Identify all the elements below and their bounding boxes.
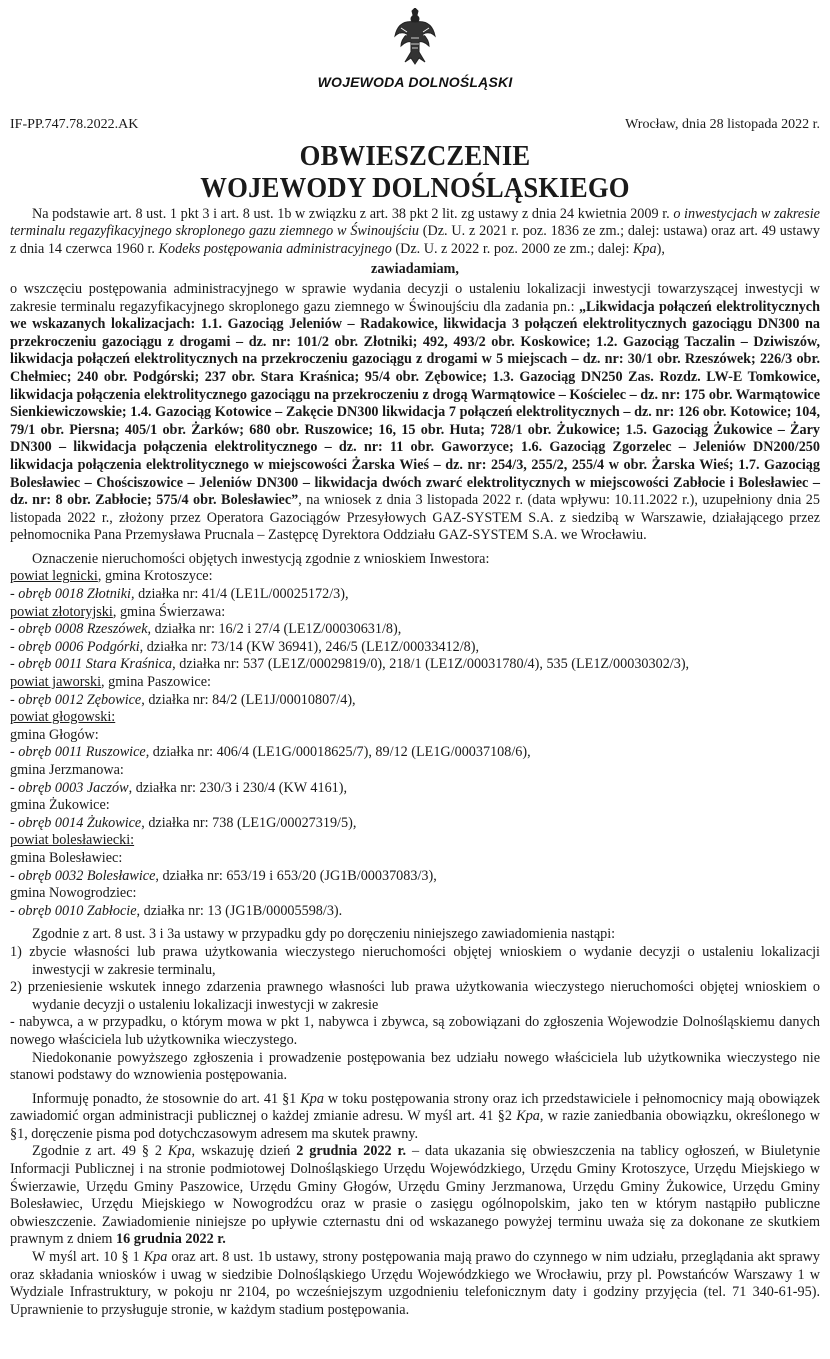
plot-line: - obręb 0008 Rzeszówek, działka nr: 16/2… [10, 621, 820, 639]
plot-line: - obręb 0010 Zabłocie, działka nr: 13 (J… [10, 903, 820, 921]
powiat-name: powiat jaworski [10, 674, 101, 690]
powiat-name: powiat legnicki [10, 568, 98, 584]
polish-eagle-emblem-icon [393, 8, 437, 66]
gmina-line: gmina Nowogrodziec: [10, 885, 820, 903]
plot-details: , działka nr: 13 (JG1B/00005598/3). [137, 903, 343, 919]
plot-details: , działka nr: 537 (LE1Z/00029819/0), 218… [172, 656, 689, 672]
text: Informuję ponadto, że stosownie do art. … [32, 1091, 300, 1107]
properties-intro: Oznaczenie nieruchomości objętych inwest… [10, 551, 820, 569]
gmina-line: gmina Bolesławiec: [10, 850, 820, 868]
powiat-name: powiat złotoryjski [10, 604, 113, 620]
plot-details: , działka nr: 73/14 (KW 36941), 246/5 (L… [140, 639, 479, 655]
plot-line: - obręb 0018 Złotniki, działka nr: 41/4 … [10, 586, 820, 604]
document-title: OBWIESZCZENIE WOJEWODY DOLNOŚLĄSKIEGO [42, 140, 787, 204]
powiat-line: powiat jaworski, gmina Paszowice: [10, 674, 820, 692]
kpa-abbrev: Kpa [633, 241, 657, 257]
precinct-name: obręb 0006 Podgórki [18, 639, 139, 655]
plot-details: , działka nr: 653/19 i 653/20 (JG1B/0003… [155, 868, 436, 884]
powiat-line: powiat bolesławiecki: [10, 832, 820, 850]
organization-name: WOJEWODA DOLNOŚLĄSKI [10, 74, 820, 92]
letterhead: WOJEWODA DOLNOŚLĄSKI [10, 0, 820, 106]
plot-details: , działka nr: 406/4 (LE1G/00018625/7), 8… [146, 744, 531, 760]
precinct-name: obręb 0008 Rzeszówek [18, 621, 147, 637]
powiat-name: powiat bolesławiecki: [10, 832, 134, 848]
rights-paragraph: W myśl art. 10 § 1 Kpa oraz art. 8 ust. … [10, 1249, 820, 1319]
plot-details: , działka nr: 84/2 (LE1J/00010807/4), [141, 692, 355, 708]
kpa-abbrev: Kpa [144, 1249, 168, 1265]
announce-word: zawiadamiam, [10, 261, 820, 279]
precinct-name: obręb 0012 Zębowice [18, 692, 141, 708]
legal-basis-text: Na podstawie art. 8 ust. 1 pkt 3 i art. … [32, 206, 673, 222]
plot-details: , działka nr: 230/3 i 230/4 (KW 4161), [129, 780, 347, 796]
plot-details: , działka nr: 41/4 (LE1L/00025172/3), [131, 586, 349, 602]
gmina-name: , gmina Paszowice: [101, 674, 211, 690]
powiat-line: powiat złotoryjski, gmina Świerzawa: [10, 604, 820, 622]
address-change-paragraph: Informuję ponadto, że stosownie do art. … [10, 1091, 820, 1144]
publication-paragraph: Zgodnie z art. 49 § 2 Kpa, wskazuję dzie… [10, 1143, 820, 1249]
kpa-abbrev: Kpa [516, 1108, 540, 1124]
plot-line: - obręb 0032 Bolesławice, działka nr: 65… [10, 868, 820, 886]
kpa-abbrev: Kpa [168, 1143, 192, 1159]
condition-item: 1) zbycie własności lub prawa użytkowani… [10, 944, 820, 979]
place-date: Wrocław, dnia 28 listopada 2022 r. [625, 116, 820, 134]
plot-details: , działka nr: 738 (LE1G/00027319/5), [141, 815, 356, 831]
title-line-1: OBWIESZCZENIE [42, 140, 787, 172]
gmina-name: , gmina Świerzawa: [113, 604, 225, 620]
legal-basis-text: (Dz. U. z 2022 r. poz. 2000 ze zm.; dale… [392, 241, 633, 257]
meta-row: IF-PP.747.78.2022.AK Wrocław, dnia 28 li… [10, 116, 820, 134]
precinct-name: obręb 0011 Stara Kraśnica [18, 656, 172, 672]
text: , wskazuję dzień [192, 1143, 297, 1159]
text: W myśl art. 10 § 1 [32, 1249, 144, 1265]
gmina-line: gmina Jerzmanowa: [10, 762, 820, 780]
precinct-name: obręb 0014 Żukowice [18, 815, 141, 831]
gmina-name: , gmina Krotoszyce: [98, 568, 213, 584]
task-name: „Likwidacja połączeń elektrolitycznych w… [10, 299, 820, 509]
main-paragraph: o wszczęciu postępowania administracyjne… [10, 281, 820, 545]
legal-basis-paragraph: Na podstawie art. 8 ust. 1 pkt 3 i art. … [10, 206, 820, 259]
obligation-paragraph: - nabywca, a w przypadku, o którym mowa … [10, 1014, 820, 1049]
document-page: WOJEWODA DOLNOŚLĄSKI IF-PP.747.78.2022.A… [0, 0, 830, 1359]
plot-line: - obręb 0011 Stara Kraśnica, działka nr:… [10, 656, 820, 674]
conditions-intro: Zgodnie z art. 8 ust. 3 i 3a ustawy w pr… [10, 926, 820, 944]
gmina-line: gmina Głogów: [10, 727, 820, 745]
precinct-name: obręb 0011 Ruszowice [18, 744, 145, 760]
kpa-abbrev: Kpa [300, 1091, 324, 1107]
legal-basis-text: ), [657, 241, 665, 257]
powiat-name: powiat głogowski: [10, 709, 115, 725]
plot-line: - obręb 0014 Żukowice, działka nr: 738 (… [10, 815, 820, 833]
precinct-name: obręb 0032 Bolesławice [18, 868, 155, 884]
precinct-name: obręb 0010 Zabłocie [18, 903, 136, 919]
effective-date: 16 grudnia 2022 r. [116, 1231, 226, 1247]
powiat-line: powiat głogowski: [10, 709, 820, 727]
plot-line: - obręb 0011 Ruszowice, działka nr: 406/… [10, 744, 820, 762]
plot-line: - obręb 0012 Zębowice, działka nr: 84/2 … [10, 692, 820, 710]
code-title: Kodeks postępowania administracyjnego [159, 241, 392, 257]
title-line-2: WOJEWODY DOLNOŚLĄSKIEGO [42, 172, 787, 204]
non-reporting-paragraph: Niedokonanie powyższego zgłoszenia i pro… [10, 1050, 820, 1085]
powiat-line: powiat legnicki, gmina Krotoszyce: [10, 568, 820, 586]
precinct-name: obręb 0018 Złotniki [18, 586, 131, 602]
text: Zgodnie z art. 49 § 2 [32, 1143, 168, 1159]
condition-item: 2) przeniesienie wskutek innego zdarzeni… [10, 979, 820, 1014]
property-list: powiat legnicki, gmina Krotoszyce:- obrę… [10, 568, 820, 920]
precinct-name: obręb 0003 Jaczów [18, 780, 128, 796]
gmina-line: gmina Żukowice: [10, 797, 820, 815]
publication-date: 2 grudnia 2022 r. [296, 1143, 406, 1159]
plot-details: , działka nr: 16/2 i 27/4 (LE1Z/00030631… [148, 621, 402, 637]
plot-line: - obręb 0006 Podgórki, działka nr: 73/14… [10, 639, 820, 657]
plot-line: - obręb 0003 Jaczów, działka nr: 230/3 i… [10, 780, 820, 798]
reference-number: IF-PP.747.78.2022.AK [10, 116, 138, 134]
conditions-list: 1) zbycie własności lub prawa użytkowani… [10, 944, 820, 1014]
